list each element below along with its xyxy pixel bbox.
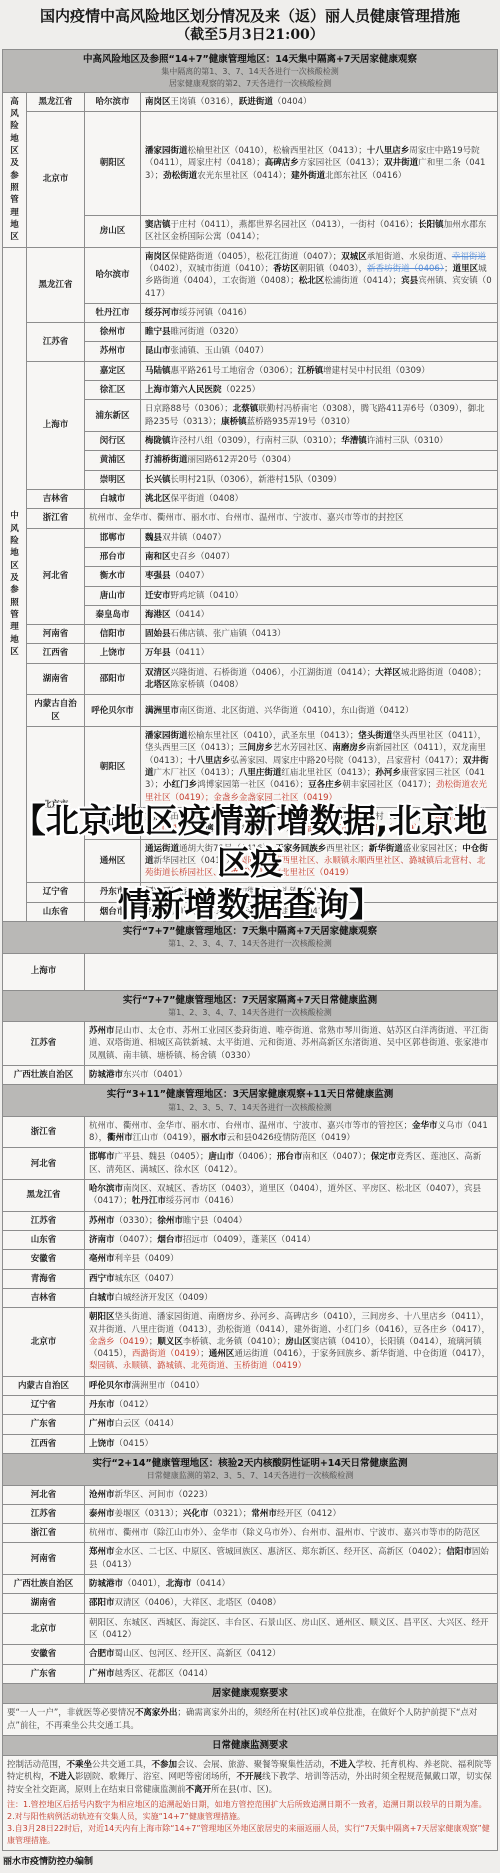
area-text-segment: （0407）； (115, 1235, 158, 1245)
table-row: 辽宁省丹东市振兴区帽盔山街道、六道沟街道、浪头镇（0412） (3, 883, 498, 902)
area-content-cell: 海港区（0414） (141, 605, 498, 624)
area-text-segment: 艺水芳园社区、 (273, 743, 333, 753)
area-text-segment: 睢宁县 (145, 327, 171, 337)
area-text-segment: 北塔区 (145, 680, 171, 690)
province-cell: 辽宁省 (27, 883, 85, 902)
area-text-segment: 满洲里市 (145, 706, 179, 716)
area-text-segment: 邢台市 (277, 1152, 303, 1162)
area-text-segment: 豆各庄乡 (308, 780, 342, 790)
area-content-cell: 沧州市新华区、河间市（0223） (85, 1485, 498, 1504)
area-text-segment: 野鸡坨镇（0410） (171, 591, 244, 601)
area-text-segment: 新华区、河间市（0223） (115, 1490, 213, 1500)
area-text-segment: 长阳镇 (418, 220, 444, 230)
band-title: 实行“7+7”健康管理地区：7天居家隔离+7天日常健康监测 (7, 994, 493, 1007)
area-text-segment: （0412） (115, 1400, 154, 1410)
area-content-cell: 泰州市姜堰区（0313）；兴化市（0321）；常州市经开区（0412） (85, 1504, 498, 1523)
area-text-segment: 道里区 (453, 264, 479, 274)
area-text-segment: 牡丹江市 (132, 1196, 166, 1206)
area-text-segment: 防城港市 (89, 1579, 123, 1589)
province-cell: 湖南省 (27, 663, 85, 695)
table-row: 内蒙古自治区呼伦贝尔市满洲里市南区街道、北区街道、兴华街道（0410），东山街道… (3, 695, 498, 727)
city-cell: 崇明区 (85, 470, 141, 489)
area-content-cell: 满洲里市南区街道、北区街道、兴华街道（0410），东山街道（0412） (141, 695, 498, 727)
table-row: 江苏省徐州市睢宁县睢河街道（0320） (3, 323, 498, 342)
area-text-segment: 满洲里市（0410） (132, 1381, 205, 1391)
city-cell: 徐汇区 (85, 381, 141, 400)
requirement-text-cell: 要“一人一户”，非就医等必要情况不离家外出；确需离家外出的，须经所在村(社区)或… (3, 1704, 498, 1736)
area-text-segment: 葛布店北里社区（0419） (256, 868, 354, 878)
area-text-segment: 振兴区 (145, 887, 171, 897)
area-text-segment: 昆山市 (145, 346, 171, 356)
province-cell: 江西省 (27, 644, 85, 663)
area-text-segment: 双清区（0406），大祥区、北塔区（0408） (115, 1598, 282, 1608)
area-text-segment: 宾县 (401, 276, 418, 286)
area-text-segment: 八里庄街道 (239, 768, 282, 778)
area-content-cell: 打浦桥街道丽园路612弄20号（0304） (141, 451, 498, 470)
area-text-segment: 金水区、二七区、中原区、管城回族区、惠济区、郑东新区、经开区、高新区（0402）… (115, 1547, 447, 1557)
table-row: 安徽省亳州市利辛县（0409） (3, 1250, 498, 1269)
area-text-segment: 琉璃河镇 (196, 824, 230, 834)
city-cell: 哈尔滨市 (85, 92, 141, 111)
area-text-segment: 郑州市 (89, 1547, 115, 1557)
area-text-segment: 洮北区 (145, 494, 171, 504)
area-content-cell: 邯郸市广平县、魏县（0405）；唐山市（0406）；邢台市南和区（0407）；保… (85, 1148, 498, 1180)
area-text-segment: 增建村吴中村民组（0309） (323, 366, 430, 376)
area-text-segment: 固始县 (145, 629, 171, 639)
area-text-segment: （0404） (273, 97, 312, 107)
area-text-segment: 招远市（0409），蓬莱区（0414） (183, 1235, 316, 1245)
area-content-cell: 马陆镇惠平路261号工地宿舍（0306）；江桥镇增建村吴中村民组（0309） (141, 361, 498, 380)
area-text-segment: 劲松街道 (163, 171, 197, 181)
area-content-cell: 西宁市城东区（0407） (85, 1269, 498, 1288)
area-content-cell (85, 953, 498, 990)
area-text-segment: 双清区 (145, 668, 171, 678)
area-content-cell: 防城港市（0401），北海市（0414） (85, 1575, 498, 1594)
area-text-segment: 朝阳区、东城区、西城区、海淀区、丰台区、石景山区、房山区、通州区、顺义区、昌平区… (89, 1618, 489, 1640)
area-text-segment: 潘家园街道 (145, 731, 188, 741)
area-content-cell: 白城市白城经济开发区（0409） (85, 1288, 498, 1307)
table-row: 浙江省杭州市、金华市、衢州市、丽水市、台州市、温州市、宁波市、嘉兴市等市的封控区 (3, 509, 498, 528)
area-content-cell: 睢宁县睢河街道（0320） (141, 323, 498, 342)
band-subline: 日常健康监测的第2、3、5、7、14天各进行一次核酸检测 (7, 1470, 493, 1481)
province-cell: 青海省 (3, 1269, 85, 1288)
page-title: 国内疫情中高风险地区划分情况及来（返）丽人员健康管理措施 （截至5月3日21:0… (0, 0, 500, 49)
province-cell: 吉林省 (3, 1288, 85, 1307)
area-text-segment: 许浦村三队（0310） (367, 436, 448, 446)
area-content-cell: 合肥市蜀山区、包河区、经开区、高新区（0412） (85, 1645, 498, 1664)
area-content-cell: 长兴镇长明村21队（0306），新港村15队（0309） (141, 470, 498, 489)
area-text-segment: 不开展 (237, 1772, 263, 1782)
section-band-row: 中高风险地区及参照“14+7”健康管理地区：14天集中隔离+7天居家健康观察集中… (3, 50, 498, 93)
risk-area-table: 中高风险地区及参照“14+7”健康管理地区：14天集中隔离+7天居家健康观察集中… (2, 49, 498, 1851)
area-content-cell: 洮北区保平街道（0408） (141, 489, 498, 508)
area-text-segment: 打浦桥街道 (145, 455, 188, 465)
province-cell: 河北省 (3, 1485, 85, 1504)
area-text-segment: 垡头街道 (358, 731, 392, 741)
section-band: 实行“3+11”健康管理地区：3天居家健康观察+11天日常健康监测第1、2、3、… (3, 1085, 498, 1116)
area-text-segment: 弘善家园、周家庄中路20号院（0413），吕家营村（0417）； (230, 756, 463, 766)
area-content-cell: 苏州市（0330）；徐州市睢宁县（0404） (85, 1211, 498, 1230)
area-text-segment: 南区街道、北区街道、兴华街道（0410），东山街道（0412） (179, 706, 414, 716)
area-text-segment: 梨园镇、永顺镇、潞城镇、北苑街道、玉桥街道（0419） (89, 1361, 306, 1371)
area-text-segment: 绥芬河镇（0416） (179, 308, 252, 318)
province-cell: 湖南省 (3, 1594, 85, 1613)
area-text-segment: 北郎东社区（0416） (325, 171, 406, 181)
area-content-cell: 广州市越秀区、花都区（0414） (85, 1664, 498, 1683)
area-text-segment: 蓝桥路935弄19号（0310） (247, 417, 355, 427)
area-text-segment: 控制活动范围， (7, 1760, 67, 1770)
area-content-cell: 邵阳市双清区（0406），大祥区、北塔区（0408） (85, 1594, 498, 1613)
area-text-segment: 松浦街道（0414）； (324, 276, 401, 286)
city-cell: 丹东市 (85, 883, 141, 902)
area-content-cell: 郑州市金水区、二七区、中原区、管城回族区、惠济区、郑东新区、经开区、高新区（04… (85, 1543, 498, 1575)
area-content-cell: 万年县（0411） (141, 644, 498, 663)
city-cell: 衡水市 (85, 567, 141, 586)
area-text-segment: 保健路街道（0405），松花江街道（0407）； (171, 252, 342, 262)
area-text-segment: 松北区 (299, 276, 325, 286)
city-cell: 闵行区 (85, 432, 141, 451)
table-row: 河北省邯郸市魏县双井镇（0407） (3, 528, 498, 547)
province-cell: 上海市 (27, 361, 85, 489)
city-cell: 浦东新区 (85, 400, 141, 432)
section-side-label: 高风险地区及参照管理地区 (3, 92, 27, 247)
area-text-segment: 广州市 (89, 1669, 115, 1679)
area-text-segment: 呼伦贝尔市 (89, 1381, 132, 1391)
city-cell: 牡丹江市 (85, 303, 141, 322)
area-text-segment: 苏州市 (89, 1026, 115, 1036)
area-text-segment: 双井街道 (384, 158, 418, 168)
area-content-cell: 杭州市、金华市、衢州市、丽水市、台州市、温州市、宁波市、嘉兴市等市的封控区 (85, 509, 498, 528)
province-cell: 辽宁省 (3, 1396, 85, 1415)
band-title: 实行“2+14”健康管理地区：核验2天内核酸阴性证明+14天日常健康监测 (7, 1457, 493, 1470)
area-text-segment: 白城市 (89, 1293, 115, 1303)
area-text-segment: 徐州市 (157, 1216, 183, 1226)
requirement-text-cell: 控制活动范围，不乘坐公共交通工具，不参加会议、会展、旅游、聚餐等聚集性活动，不进… (3, 1756, 498, 1851)
province-cell: 河南省 (3, 1543, 85, 1575)
city-cell: 上饶市 (85, 644, 141, 663)
area-text-segment: 邵阳市 (89, 1598, 115, 1608)
area-text-segment: 小红门乡 (163, 780, 197, 790)
province-cell: 浙江省 (3, 1116, 85, 1148)
area-text-segment: 跃进街道 (239, 97, 273, 107)
area-text-segment: 南岗区 (145, 252, 171, 262)
table-row: 中风险地区及参照管理地区黑龙江省哈尔滨市南岗区保健路街道（0405），松花江街道… (3, 247, 498, 303)
city-cell: 白城市 (85, 489, 141, 508)
area-text-segment: 于家务回族乡 (275, 844, 326, 854)
table-row: 青海省西宁市城东区（0407） (3, 1269, 498, 1288)
area-text-segment: 潘家园街道 (145, 146, 188, 156)
area-text-segment: 丹东市 (89, 1400, 115, 1410)
area-text-segment: 昆山市、太仓市、苏州工业园区娄葑街道、唯亭街道、常熟市琴川街道、姑苏区白洋湾街道… (89, 1026, 489, 1061)
province-cell: 广西壮族自治区 (3, 1065, 85, 1084)
section-band: 实行“7+7”健康管理地区：7天集中隔离+7天居家健康观察第1、2、3、4、7、… (3, 922, 498, 953)
area-text-segment: 双井镇（0407） (162, 533, 226, 543)
province-cell: 浙江省 (3, 1524, 85, 1543)
table-row: 黑龙江省哈尔滨市南岗区、双城区、香坊区（0403），道里区（0404），道外区、… (3, 1180, 498, 1212)
province-cell: 山东省 (3, 1230, 85, 1249)
table-row: 吉林省白城市洮北区保平街道（0408） (3, 489, 498, 508)
area-text-segment: 防城港市 (89, 1070, 123, 1080)
band-title: 实行“3+11”健康管理地区：3天居家健康观察+11天日常健康监测 (7, 1088, 493, 1101)
area-text-segment: 枣强县 (145, 571, 171, 581)
table-row: 广东省广州市越秀区、花都区（0414） (3, 1664, 498, 1683)
table-row: 江苏省苏州市昆山市、太仓市、苏州工业园区娄葑街道、唯亭街道、常熟市琴川街道、姑苏… (3, 1022, 498, 1066)
area-text-segment: 广平县、魏县（0405）； (115, 1152, 209, 1162)
area-text-segment: （0402），双城市街道（0410）； (145, 264, 273, 274)
area-text-segment: 常州市 (251, 1509, 277, 1519)
section-band-row: 实行“3+11”健康管理地区：3天居家健康观察+11天日常健康监测第1、2、3、… (3, 1085, 498, 1116)
area-content-cell: 丹东市（0412） (85, 1396, 498, 1415)
table-row: 高风险地区及参照管理地区黑龙江省哈尔滨市南岗区王岗镇（0316），跃进街道（04… (3, 92, 498, 111)
area-text-segment: 信阳市 (446, 1547, 472, 1557)
city-cell: 秦皇岛市 (85, 605, 141, 624)
area-text-segment: 长明村21队（0306），新港村15队（0309） (171, 475, 342, 485)
band-title: 居家健康观察要求 (7, 1687, 493, 1700)
table-row: 广西壮族自治区防城港市（0401），北海市（0414） (3, 1575, 498, 1594)
area-text-segment: 高碑店乡 (265, 158, 299, 168)
area-text-segment: 邯郸市 (89, 1152, 115, 1162)
area-content-cell: 广州市白云区（0414） (85, 1415, 498, 1434)
table-row: 辽宁省丹东市（0412） (3, 1396, 498, 1415)
area-text-segment: 窦店镇 (145, 220, 171, 230)
area-text-segment: （0406）； (234, 1152, 277, 1162)
province-cell: 江西省 (3, 1434, 85, 1453)
area-content-cell: 绥芬河市绥芬河镇（0416） (141, 303, 498, 322)
area-text-segment: （0411） (171, 648, 210, 658)
area-text-segment: 陈家桥镇（0408） (171, 680, 244, 690)
table-row: 上海市嘉定区马陆镇惠平路261号工地宿舍（0306）；江桥镇增建村吴中村民组（0… (3, 361, 498, 380)
table-row: 山东省烟台市招远市金岭镇（0414）；蓬莱区登州街道（0414） (3, 902, 498, 921)
area-text-segment: 盛业家园社区； (403, 844, 463, 854)
area-text-segment: 日京路88号（0306）； (145, 404, 233, 414)
table-row: 河北省沧州市新华区、河间市（0223） (3, 1485, 498, 1504)
city-cell: 哈尔滨市 (85, 247, 141, 303)
area-text-segment: 西里社区； (326, 844, 369, 854)
area-text-segment: 帽盔山街道、六道沟街道、浪头镇（0412） (171, 887, 337, 897)
area-content-cell: 朝阳区垡头街道、潘家园街道、南磨房乡、孙河乡、高碑店乡（0410），三间房乡、十… (85, 1308, 498, 1377)
area-text-segment: 不离家外出 (135, 1708, 178, 1718)
area-text-segment: （0330）； (115, 1216, 158, 1226)
area-text-segment: 惠平路261号工地宿舍（0306）； (171, 366, 298, 376)
city-cell: 邢台市 (85, 547, 141, 566)
band-subline: 第1、2、3、4、7、14天各进行一次核酸检测 (7, 1007, 493, 1018)
province-cell: 黑龙江省 (27, 247, 85, 323)
section-band: 中高风险地区及参照“14+7”健康管理地区：14天集中隔离+7天居家健康观察集中… (3, 50, 498, 93)
area-content-cell: 南和区史召乡（0407） (141, 547, 498, 566)
band-subline: 第1、2、3、4、7、14天各进行一次核酸检测 (7, 938, 493, 949)
area-text-segment: 泰州市 (89, 1509, 115, 1519)
area-text-segment: 济南市 (89, 1235, 115, 1245)
area-text-segment: 登州街道（0414） (264, 907, 337, 917)
table-row: 内蒙古自治区呼伦贝尔市满洲里市（0410） (3, 1376, 498, 1395)
title-line1: 国内疫情中高风险地区划分情况及来（返）丽人员健康管理措施 (8, 6, 492, 26)
city-cell: 黄浦区 (85, 451, 141, 470)
province-cell: 安徽省 (3, 1645, 85, 1664)
area-text-segment: 朝阳区 (89, 1312, 115, 1322)
area-text-segment: （0414） (171, 610, 210, 620)
province-cell: 安徽省 (3, 1250, 85, 1269)
area-text-segment: 睢宁县（0404） (183, 1216, 247, 1226)
area-text-segment: 玉桥街道 (222, 868, 256, 878)
city-cell: 呼伦贝尔市 (85, 695, 141, 727)
section-band: 实行“7+7”健康管理地区：7天居家隔离+7天日常健康监测第1、2、3、4、7、… (3, 990, 498, 1021)
area-text-segment: 苏州市 (89, 1216, 115, 1226)
area-content-cell: 魏县双井镇（0407） (141, 528, 498, 547)
area-content-cell: 亳州市利辛县（0409） (85, 1250, 498, 1269)
area-text-segment: 兴化市 (183, 1509, 209, 1519)
province-cell: 北京市 (27, 112, 85, 247)
area-content-cell: 苏州市昆山市、太仓市、苏州工业园区娄葑街道、唯亭街道、常熟市琴川街道、姑苏区白洋… (85, 1022, 498, 1066)
area-text-segment: 西潞街道（0419） (132, 1349, 200, 1359)
area-content-cell: 昆山市张浦镇、玉山镇（0407） (141, 342, 498, 361)
table-row: 北京市朝阳区潘家园街道松榆东里社区（0410），武圣东里（0413）；垡头街道垡… (3, 727, 498, 808)
band-subline: 第1、2、3、5、7、14天各进行一次核酸检测 (7, 1102, 493, 1113)
area-text-segment: 海港区 (145, 610, 171, 620)
area-text-segment: 影剧院、歌舞厅、浴室、网吧等密闭场所， (75, 1772, 237, 1782)
city-cell: 房山区 (85, 807, 141, 839)
area-text-segment: 江山市（0419）， (133, 1133, 201, 1143)
area-text-segment: 要“一人一户”，非就医等必要情况 (7, 1708, 135, 1718)
area-text-segment: 招远市 (145, 907, 171, 917)
area-text-segment: 通运街道 (145, 844, 179, 854)
area-text-segment: 绥芬河市 (145, 308, 179, 318)
area-text-segment: 南和区（0407）； (302, 1152, 370, 1162)
province-cell: 江苏省 (3, 1211, 85, 1230)
area-text-segment: 上饶市 (89, 1439, 115, 1449)
section-band-row: 居家健康观察要求 (3, 1683, 498, 1703)
area-text-segment: 通胡大街78号（0416）； (179, 844, 275, 854)
area-text-segment: 金盏乡（0419） (89, 1337, 149, 1347)
requirement-row: 要“一人一户”，非就医等必要情况不离家外出；确需离家外出的，须经所在村(社区)或… (3, 1704, 498, 1736)
title-line2: （截至5月3日21:00） (8, 26, 492, 45)
table-row: 广西壮族自治区防城港市东兴市（0401） (3, 1065, 498, 1084)
area-content-cell: 济南市（0407）；烟台市招远市（0409），蓬莱区（0414） (85, 1230, 498, 1249)
area-content-cell: 杭州市、衢州市、金华市、丽水市、台州市、温州市、宁波市、嘉兴市等市的管控区；金华… (85, 1116, 498, 1148)
area-text-segment: 越秀区、花都区（0414） (115, 1669, 213, 1679)
area-text-segment: 北蔡镇 (233, 404, 259, 414)
city-cell: 邯郸市 (85, 528, 141, 547)
area-text-segment: 西宁市 (89, 1274, 115, 1284)
area-text-segment: 三间房乡 (239, 743, 273, 753)
band-title: 实行“7+7”健康管理地区：7天集中隔离+7天居家健康观察 (7, 925, 493, 938)
area-text-segment: 会议、会展、旅游、聚餐等聚集性活动， (177, 1760, 330, 1770)
area-text-segment: 大祥区 (375, 668, 401, 678)
area-text-segment: 南磨房乡 (332, 743, 366, 753)
table-row: 江西省上饶市（0415） (3, 1434, 498, 1453)
area-text-segment: 朝丰家园社区（0417）； (342, 780, 436, 790)
area-text-segment: 公共交通工具， (92, 1760, 152, 1770)
area-text-segment: 江桥镇 (298, 366, 324, 376)
province-cell: 北京市 (27, 727, 85, 883)
area-text-segment: 广州市 (89, 1419, 115, 1429)
area-text-segment: 杭州市、衢州市（除江山市外）、金华市（除义乌市外）、台州市、温州市、宁波市、嘉兴… (89, 1528, 480, 1538)
area-text-segment: 新华园社区（0417）； (154, 856, 239, 866)
area-content-cell: 上海市第六人民医院（0225） (141, 381, 498, 400)
area-text-segment: 不参加 (152, 1760, 178, 1770)
area-text-segment: 保平街道（0408） (171, 494, 244, 504)
area-text-segment: 烟台市 (157, 1235, 183, 1245)
area-text-segment: 绥芬河市（0416） (166, 1196, 239, 1206)
table-row: 北京市朝阳区垡头街道、潘家园街道、南磨房乡、孙河乡、高碑店乡（0410），三间房… (3, 1308, 498, 1377)
province-cell: 广东省 (3, 1415, 85, 1434)
section-band-row: 实行“2+14”健康管理地区：核验2天内核酸阴性证明+14天日常健康监测日常健康… (3, 1454, 498, 1485)
area-text-segment: ； (444, 264, 453, 274)
province-cell: 广西壮族自治区 (3, 1575, 85, 1594)
area-text-segment: 顺义区 (157, 1337, 183, 1347)
area-text-segment: 经开区（0412） (277, 1509, 341, 1519)
area-text-segment: ； (200, 1349, 209, 1359)
area-text-segment: 所在县(市、区)。 (211, 1785, 277, 1795)
red-notes: 注：1.管控地区后括号内数字为相应地区的追溯起始日期，如地方管控范围扩大后所致追… (7, 1799, 493, 1847)
area-text-segment: 唐山市 (208, 1152, 234, 1162)
area-text-segment: 魏县 (145, 533, 162, 543)
area-text-segment: 鸿博家园第一社区（0416）； (197, 780, 308, 790)
area-text-segment: 许泾村八组（0309），行南村三队（0310）； (171, 436, 342, 446)
area-text-segment: 丽水市 (201, 1133, 227, 1143)
section-band: 日常健康监测要求 (3, 1735, 498, 1755)
area-text-segment: 白城经济开发区（0409） (115, 1293, 213, 1303)
area-text-segment: 松榆里社区（0410），松榆西里社区（0413）； (188, 146, 367, 156)
area-text-segment: 南岗区 (145, 97, 171, 107)
table-row: 浙江省杭州市、衢州市（除江山市外）、金华市（除义乌市外）、台州市、温州市、宁波市… (3, 1524, 498, 1543)
area-text-segment: （0225） (222, 385, 261, 395)
city-cell: 朝阳区 (85, 727, 141, 808)
area-text-segment: 杭州市、金华市、衢州市、丽水市、台州市、温州市、宁波市、嘉兴市等市的封控区 (89, 513, 404, 523)
area-text-segment: 建外街道 (291, 171, 325, 181)
area-text-segment: 双城区 (341, 252, 367, 262)
area-text-segment: 北海市 (166, 1579, 192, 1589)
area-text-segment: 不离开 (186, 1785, 212, 1795)
area-text-segment: 马陆镇 (145, 366, 171, 376)
area-content-cell: 呼伦贝尔市满洲里市（0410） (85, 1376, 498, 1395)
area-text-segment: 香坊区 (273, 264, 299, 274)
issuer-credit: 丽水市疫情防控办编制 (0, 1851, 500, 1873)
notice-page: 国内疫情中高风险地区划分情况及来（返）丽人员健康管理措施 （截至5月3日21:0… (0, 0, 500, 1873)
city-cell: 信阳市 (85, 625, 141, 644)
area-text-segment: 杭州市、衢州市、金华市、丽水市、台州市、温州市、宁波市、嘉兴市等市的管控区； (89, 1121, 412, 1131)
province-cell: 江苏省 (27, 323, 85, 362)
red-note-line: 2.对与阳性病例活动轨迹有交集人员，实施“14+7”健康管理措施。 (7, 1811, 493, 1823)
area-text-segment: 不乘坐 (67, 1760, 93, 1770)
area-text-segment: 不进入 (50, 1772, 76, 1782)
area-text-segment: 十八里店乡 (188, 756, 231, 766)
area-text-segment: 于庄村（0411），燕都世界名园社区（0413），一街村（0416）； (171, 220, 419, 230)
area-text-segment: 广木厂社区（0413）； (154, 768, 239, 778)
area-text-segment: 窦店镇 (145, 812, 171, 822)
area-content-cell: 固始县石佛店镇、张广庙镇（0413） (141, 625, 498, 644)
area-text-segment: 白云区（0414） (115, 1419, 179, 1429)
area-text-segment: 通州区 (209, 1349, 235, 1359)
area-content-cell: 迁安市野鸡坨镇（0410） (141, 586, 498, 605)
city-cell: 唐山市 (85, 586, 141, 605)
table-row: 广东省广州市白云区（0414） (3, 1415, 498, 1434)
province-cell: 河南省 (27, 625, 85, 644)
area-content-cell: 上饶市（0415） (85, 1434, 498, 1453)
area-content-cell: 哈尔滨市南岗区、双城区、香坊区（0403），道里区（0404），道外区、平房区、… (85, 1180, 498, 1212)
area-content-cell: 日京路88号（0306）；北蔡镇联勤村冯桥南宅（0308），腾飞路411弄6号（… (141, 400, 498, 432)
red-note-line: 注：1.管控地区后括号内数字为相应地区的追溯起始日期，如地方管控范围扩大后所致追… (7, 1799, 493, 1811)
area-text-segment: 孙河乡 (375, 768, 401, 778)
province-cell: 河北省 (3, 1148, 85, 1180)
area-text-segment: 十八里店乡 (367, 146, 410, 156)
area-text-segment: 万年县 (145, 648, 171, 658)
area-text-segment: （0401）， (123, 1579, 166, 1589)
area-text-segment: 史召乡（0407） (171, 552, 235, 562)
area-text-segment: （0407） (171, 571, 210, 581)
area-text-segment: 丽园路612弄20号（0304） (188, 455, 296, 465)
area-text-segment: 华漕镇 (341, 436, 367, 446)
area-text-segment: 睢河街道（0320） (171, 327, 244, 337)
